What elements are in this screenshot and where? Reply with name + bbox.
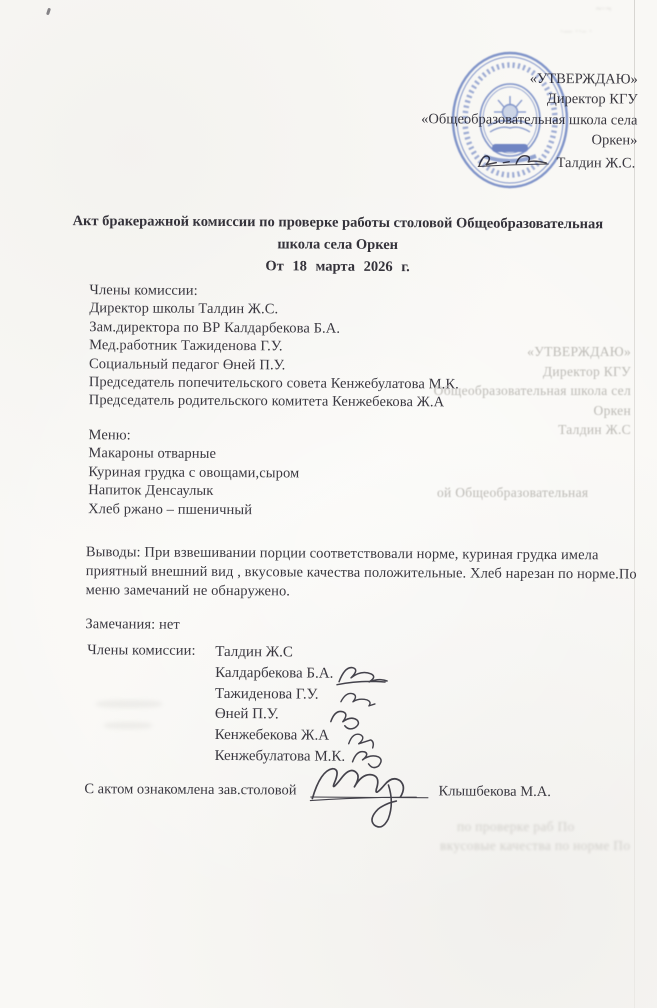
acknowledgement-text: С актом ознакомлена зав.столовой [84,781,296,799]
bleed-line: Общеобразовательная школа сел [434,381,631,401]
menu-heading: Меню: [89,426,300,446]
title-date: От 18 марта 2026 г. [58,254,618,279]
menu-item: Макароны отварные [88,445,299,465]
signature-line [311,797,429,799]
commission-members-section: Члены комиссии: Директор школы Талдин Ж.… [89,281,460,412]
bleed-line: Талдин Ж.С [434,420,631,440]
commission-member: Председатель попечительского совета Кенж… [89,373,459,394]
document-title: Акт бракеражной комиссии по проверке раб… [58,210,618,279]
commission-member: Председатель родительского комитета Кенж… [89,392,459,413]
commission-heading: Члены комиссии: [89,281,459,302]
title-line-1: Акт бракеражной комиссии по проверке раб… [58,210,618,235]
commission-member: Мед.работник Тажиденова Г.У. [89,336,459,357]
acknowledgement-name: Клышбекова М.А. [438,783,550,801]
menu-section: Меню: Макароны отварные Куриная грудка с… [88,426,300,519]
bleed-through-title-fragment: ой Общеобразовательная [437,485,588,501]
menu-item: Куриная грудка с овощами,сыром [88,463,299,483]
signatures-heading: Члены комиссии: [87,641,195,660]
remarks-line: Замечания: нет [85,615,180,634]
bleed-line: Оркен [434,401,631,421]
bleed-through-bottom-line: по проверке раб По [457,819,575,835]
commission-member: Зам.директора по ВР Калдарбекова Б.А. [89,318,459,339]
menu-item: Хлеб ржано – пшеничный [88,500,299,520]
official-round-stamp [448,48,574,194]
menu-item: Напиток Денсаулык [88,481,299,501]
bleed-line: Директор КГУ [434,362,631,382]
bleed-line: «УТВЕРЖДАЮ» [434,342,631,362]
acknowledgement-line: С актом ознакомлена зав.столовой Клышбек… [84,781,551,801]
commission-member: Социальный педагог Өней П.У. [89,355,459,376]
conclusions-paragraph: Выводы: При взвешивании порции соответст… [86,543,638,603]
bleed-through-corner-mark: ~·¬ [596,4,611,15]
member-signatures [315,660,426,773]
bleed-through-corner-mark: ·— ··– · [560,26,592,36]
document-photo: «УТВЕРЖДАЮ» Директор КГУ Общеобразовател… [0,0,657,1008]
bleed-through-approval-block: «УТВЕРЖДАЮ» Директор КГУ Общеобразовател… [434,342,631,440]
bleed-through-bottom-line: вкусовые качества по норме По [440,838,630,854]
commission-member: Директор школы Талдин Ж.С. [89,300,459,321]
